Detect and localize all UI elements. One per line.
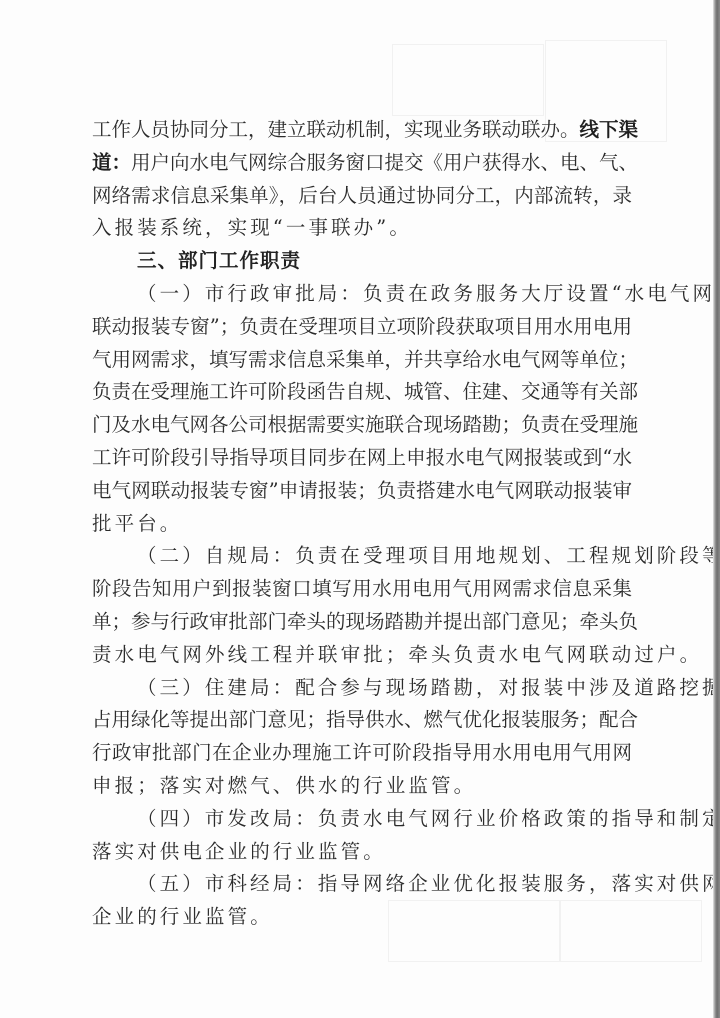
text-line: 网络需求信息采集单》，后台人员通过协同分工，内部流转，录 [92, 180, 632, 213]
scan-artifact [392, 44, 544, 116]
duty-1-line: 气用网需求，填写需求信息采集单，并共享给水电气网等单位； [92, 344, 632, 377]
duty-2-line: 单；参与行政审批部门牵头的现场踏勘并提出部门意见；牵头负 [92, 606, 632, 639]
duty-2-line: 责水电气网外线工程并联审批；牵头负责水电气网联动过户。 [92, 639, 637, 672]
document-body: 工作人员协同分工，建立联动机制，实现业务联动联办。线下渠 道：用户向水电气网综合… [92, 114, 637, 934]
duty-3-line: 占用绿化等提出部门意见；指导供水、燃气优化报装服务；配合 [92, 704, 632, 737]
text-segment: 入报装系统，实现“一事联办”。 [92, 216, 412, 239]
duty-2-line: （二）自规局：负责在受理项目用地规划、工程规划阶段等 [92, 540, 637, 573]
duty-1-line: 负责在受理施工许可阶段函告自规、城管、住建、交通等有关部 [92, 376, 632, 409]
section-heading: 三、部门工作职责 [92, 245, 637, 278]
duty-3-line: 行政审批部门在企业办理施工许可阶段指导用水用电用气用网 [92, 737, 632, 770]
duty-5-line: （五）市科经局：指导网络企业优化报装服务，落实对供网 [92, 868, 637, 901]
text-segment: 工作人员协同分工，建立联动机制，实现业务联动联办。 [92, 118, 580, 141]
text-segment: 用户向水电气网综合服务窗口提交《用户获得水、电、气、 [131, 151, 638, 174]
text-line: 道：用户向水电气网综合服务窗口提交《用户获得水、电、气、 [92, 147, 632, 180]
bold-term-offline-channel: 线下渠 [580, 118, 639, 141]
text-line: 入报装系统，实现“一事联办”。 [92, 212, 637, 245]
scan-page-edge [713, 0, 720, 1018]
duty-1-line: 门及水电气网各公司根据需要实施联合现场踏勘；负责在受理施 [92, 409, 632, 442]
scanned-page: 工作人员协同分工，建立联动机制，实现业务联动联办。线下渠 道：用户向水电气网综合… [0, 0, 713, 1018]
text-segment: 网络需求信息采集单》，后台人员通过协同分工，内部流转，录 [92, 184, 632, 207]
duty-3-line: 申报；落实对燃气、供水的行业监管。 [92, 770, 637, 803]
duty-1-line: 联动报装专窗”；负责在受理项目立项阶段获取项目用水用电用 [92, 311, 632, 344]
duty-4-line: 落实对供电企业的行业监管。 [92, 836, 637, 869]
duty-1-line: 工许可阶段引导指导项目同步在网上申报水电气网报装或到“水 [92, 442, 632, 475]
text-line: 工作人员协同分工，建立联动机制，实现业务联动联办。线下渠 [92, 114, 632, 147]
duty-5-line: 企业的行业监管。 [92, 901, 637, 934]
duty-3-line: （三）住建局：配合参与现场踏勘，对报装中涉及道路挖掘、 [92, 672, 637, 705]
duty-1-line: （一）市行政审批局：负责在政务服务大厅设置“水电气网 [92, 278, 637, 311]
bold-term-offline-channel-end: 道： [92, 151, 131, 174]
duty-1-line: 电气网联动报装专窗”申请报装；负责搭建水电气网联动报装审 [92, 475, 632, 508]
duty-2-line: 阶段告知用户到报装窗口填写用水用电用气用网需求信息采集 [92, 573, 632, 606]
duty-4-line: （四）市发改局：负责水电气网行业价格政策的指导和制定， [92, 803, 637, 836]
duty-1-line: 批平台。 [92, 508, 637, 541]
